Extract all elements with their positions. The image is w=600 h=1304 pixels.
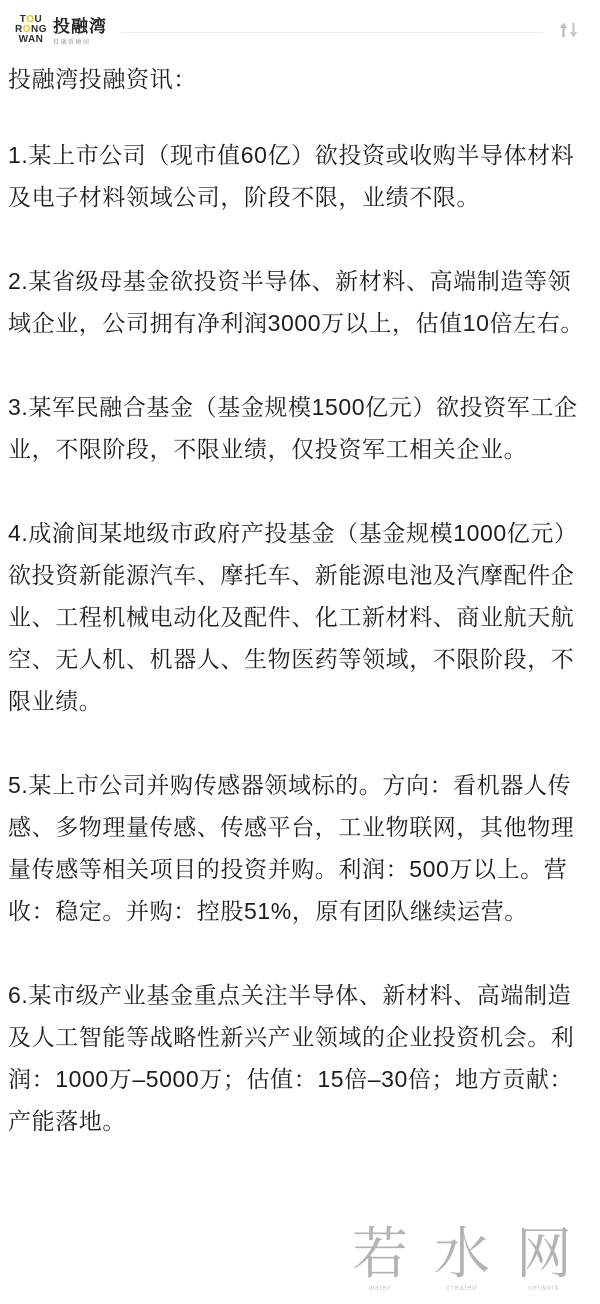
logo-en-line: WAN	[15, 35, 47, 45]
logo-en-line: RONG	[15, 25, 47, 35]
article-title: 投融湾投融资讯：	[8, 58, 592, 100]
watermark-char: 网	[516, 1224, 572, 1284]
brand-logo: TOU RONG WAN 投融湾 投融资顾问	[15, 15, 107, 46]
watermark-char: 水	[434, 1224, 490, 1284]
watermark-char: 若	[352, 1224, 408, 1284]
watermark-block: 水 created	[434, 1224, 490, 1292]
logo-en-text: TOU RONG WAN	[15, 15, 47, 45]
paragraph-5: 5.某上市公司并购传感器领域标的。方向：看机器人传感、多物理量传感、传感平台，工…	[8, 764, 592, 932]
up-down-arrows-icon	[557, 21, 580, 44]
watermark-sub-label: water	[352, 1285, 408, 1292]
logo-cn-text: 投融湾	[53, 18, 107, 36]
paragraph-6: 6.某市级产业基金重点关注半导体、新材料、高端制造及人工智能等战略性新兴产业领域…	[8, 974, 592, 1142]
sort-button[interactable]	[557, 21, 580, 44]
paragraph-2: 2.某省级母基金欲投资半导体、新材料、高端制造等领域企业，公司拥有净利润3000…	[8, 260, 592, 344]
paragraph-1: 1.某上市公司（现市值60亿）欲投资或收购半导体材料及电子材料领域公司，阶段不限…	[8, 134, 592, 218]
logo-cn-block: 投融湾 投融资顾问	[53, 15, 107, 46]
article-body: 投融湾投融资讯： 1.某上市公司（现市值60亿）欲投资或收购半导体材料及电子材料…	[0, 50, 600, 1142]
paragraph-4: 4.成渝间某地级市政府产投基金（基金规模1000亿元）欲投资新能源汽车、摩托车、…	[8, 512, 592, 722]
article-page: { "page": { "background": "#ffffff", "te…	[0, 0, 600, 1304]
watermark-sub-label: network	[516, 1285, 572, 1292]
paragraph-3: 3.某军民融合基金（基金规模1500亿元）欲投资军工企业，不限阶段，不限业绩，仅…	[8, 386, 592, 470]
logo-tagline: 投融资顾问	[53, 37, 107, 46]
watermark: 若 water 水 created 网 network	[352, 1224, 572, 1292]
watermark-block: 若 water	[352, 1224, 408, 1292]
header-divider	[121, 32, 543, 33]
watermark-block: 网 network	[516, 1224, 572, 1292]
header: TOU RONG WAN 投融湾 投融资顾问	[0, 0, 600, 50]
watermark-sub-label: created	[434, 1285, 490, 1292]
